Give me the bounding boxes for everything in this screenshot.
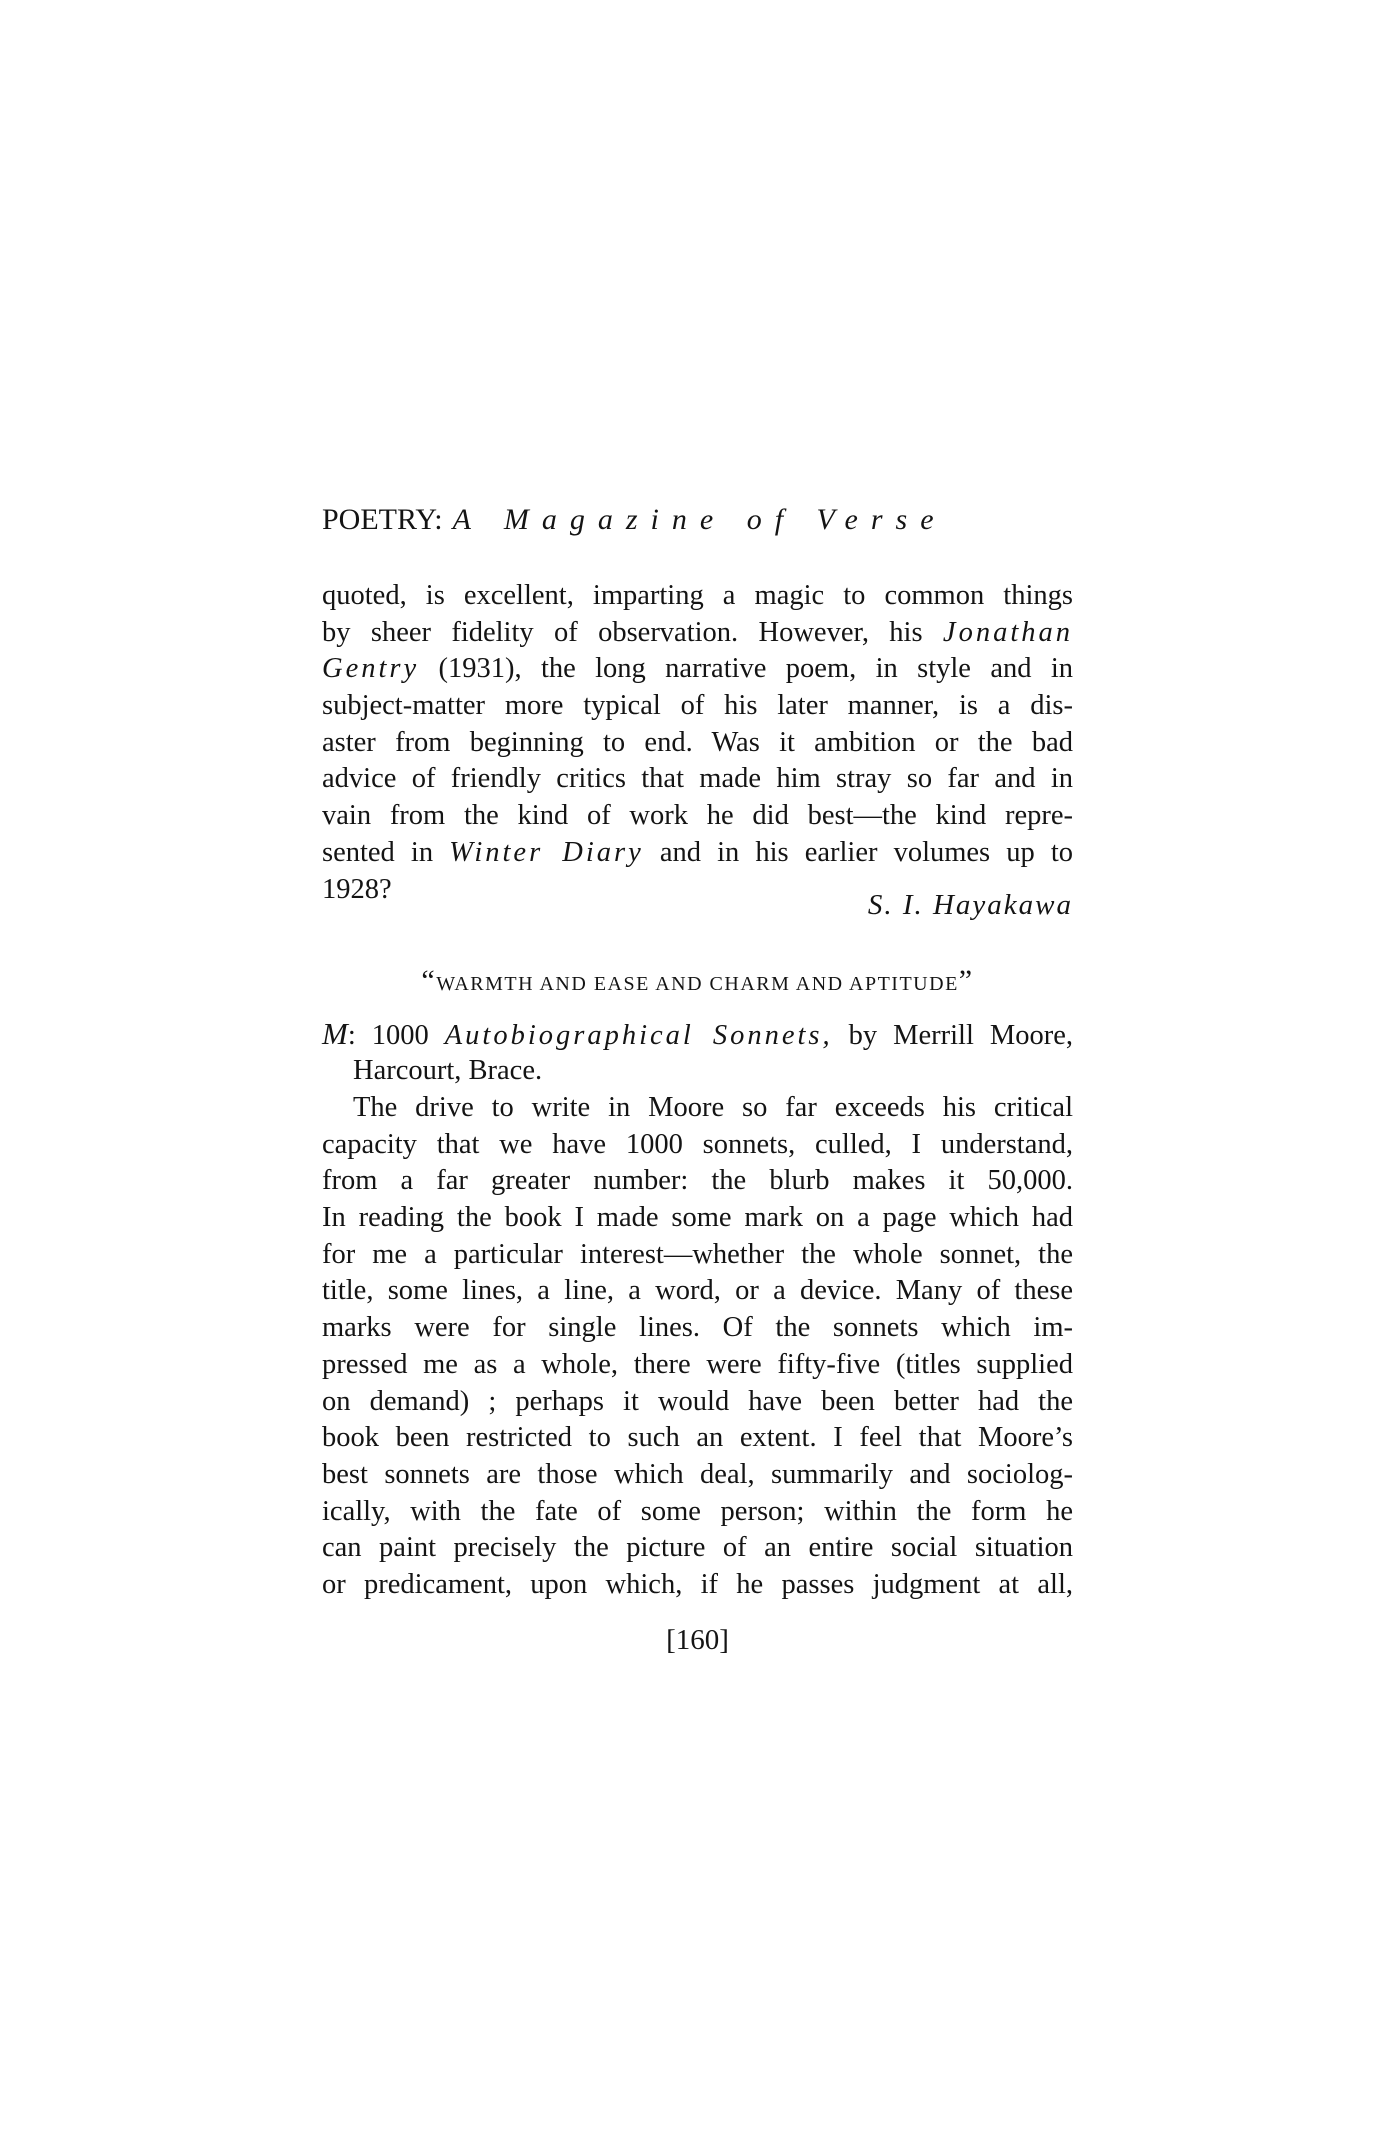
text-line: or predicament, upon which, if he passes…	[322, 1567, 1073, 1604]
text-line: advice of friendly critics that made him…	[322, 761, 1073, 798]
text-line: title, some lines, a line, a word, or a …	[322, 1273, 1073, 1310]
text-line: can paint precisely the picture of an en…	[322, 1530, 1073, 1567]
text-line: In reading the book I made some mark on …	[322, 1200, 1073, 1237]
text-line: aster from beginning to end. Was it ambi…	[322, 725, 1073, 762]
text-line: vain from the kind of work he did best—t…	[322, 798, 1073, 835]
text-line: marks were for single lines. Of the sonn…	[322, 1310, 1073, 1347]
text-line: The drive to write in Moore so far excee…	[322, 1090, 1073, 1127]
publisher-line: Harcourt, Brace.	[322, 1053, 1073, 1090]
text-line: on demand) ; perhaps it would have been …	[322, 1384, 1073, 1421]
text-line: sented in Winter Diary and in his earlie…	[322, 835, 1073, 872]
text-line: subject-matter more typical of his later…	[322, 688, 1073, 725]
text-line: book been restricted to such an extent. …	[322, 1420, 1073, 1457]
text-line: by sheer fidelity of observation. Howeve…	[322, 615, 1073, 652]
running-head: POETRY:A Magazine of Verse	[322, 500, 947, 540]
text-line: ically, with the fate of some person; wi…	[322, 1494, 1073, 1531]
author-signature: S. I. Hayakawa	[865, 889, 1073, 922]
text-line: from a far greater number: the blurb mak…	[322, 1163, 1073, 1200]
citation-line: M: 1000 Autobiographical Sonnets, by Mer…	[322, 1016, 1073, 1053]
page-number: [160]	[322, 1624, 1073, 1657]
text-line: best sonnets are those which deal, summa…	[322, 1457, 1073, 1494]
book-citation: M: 1000 Autobiographical Sonnets, by Mer…	[322, 1016, 1073, 1089]
text-line: Gentry (1931), the long narrative poem, …	[322, 651, 1073, 688]
text-line: pressed me as a whole, there were fifty-…	[322, 1347, 1073, 1384]
review-heading: “WARMTH AND EASE AND CHARM AND APTITUDE”	[322, 964, 1073, 998]
review-2-body: The drive to write in Moore so far excee…	[322, 1090, 1073, 1604]
magazine-title: POETRY:	[322, 503, 443, 536]
text-line: quoted, is excellent, imparting a magic …	[322, 578, 1073, 615]
text-line: capacity that we have 1000 sonnets, cull…	[322, 1127, 1073, 1164]
review-1-body: quoted, is excellent, imparting a magic …	[322, 578, 1073, 908]
text-line: for me a particular interest—whether the…	[322, 1237, 1073, 1274]
magazine-subtitle: A Magazine of Verse	[453, 503, 947, 536]
